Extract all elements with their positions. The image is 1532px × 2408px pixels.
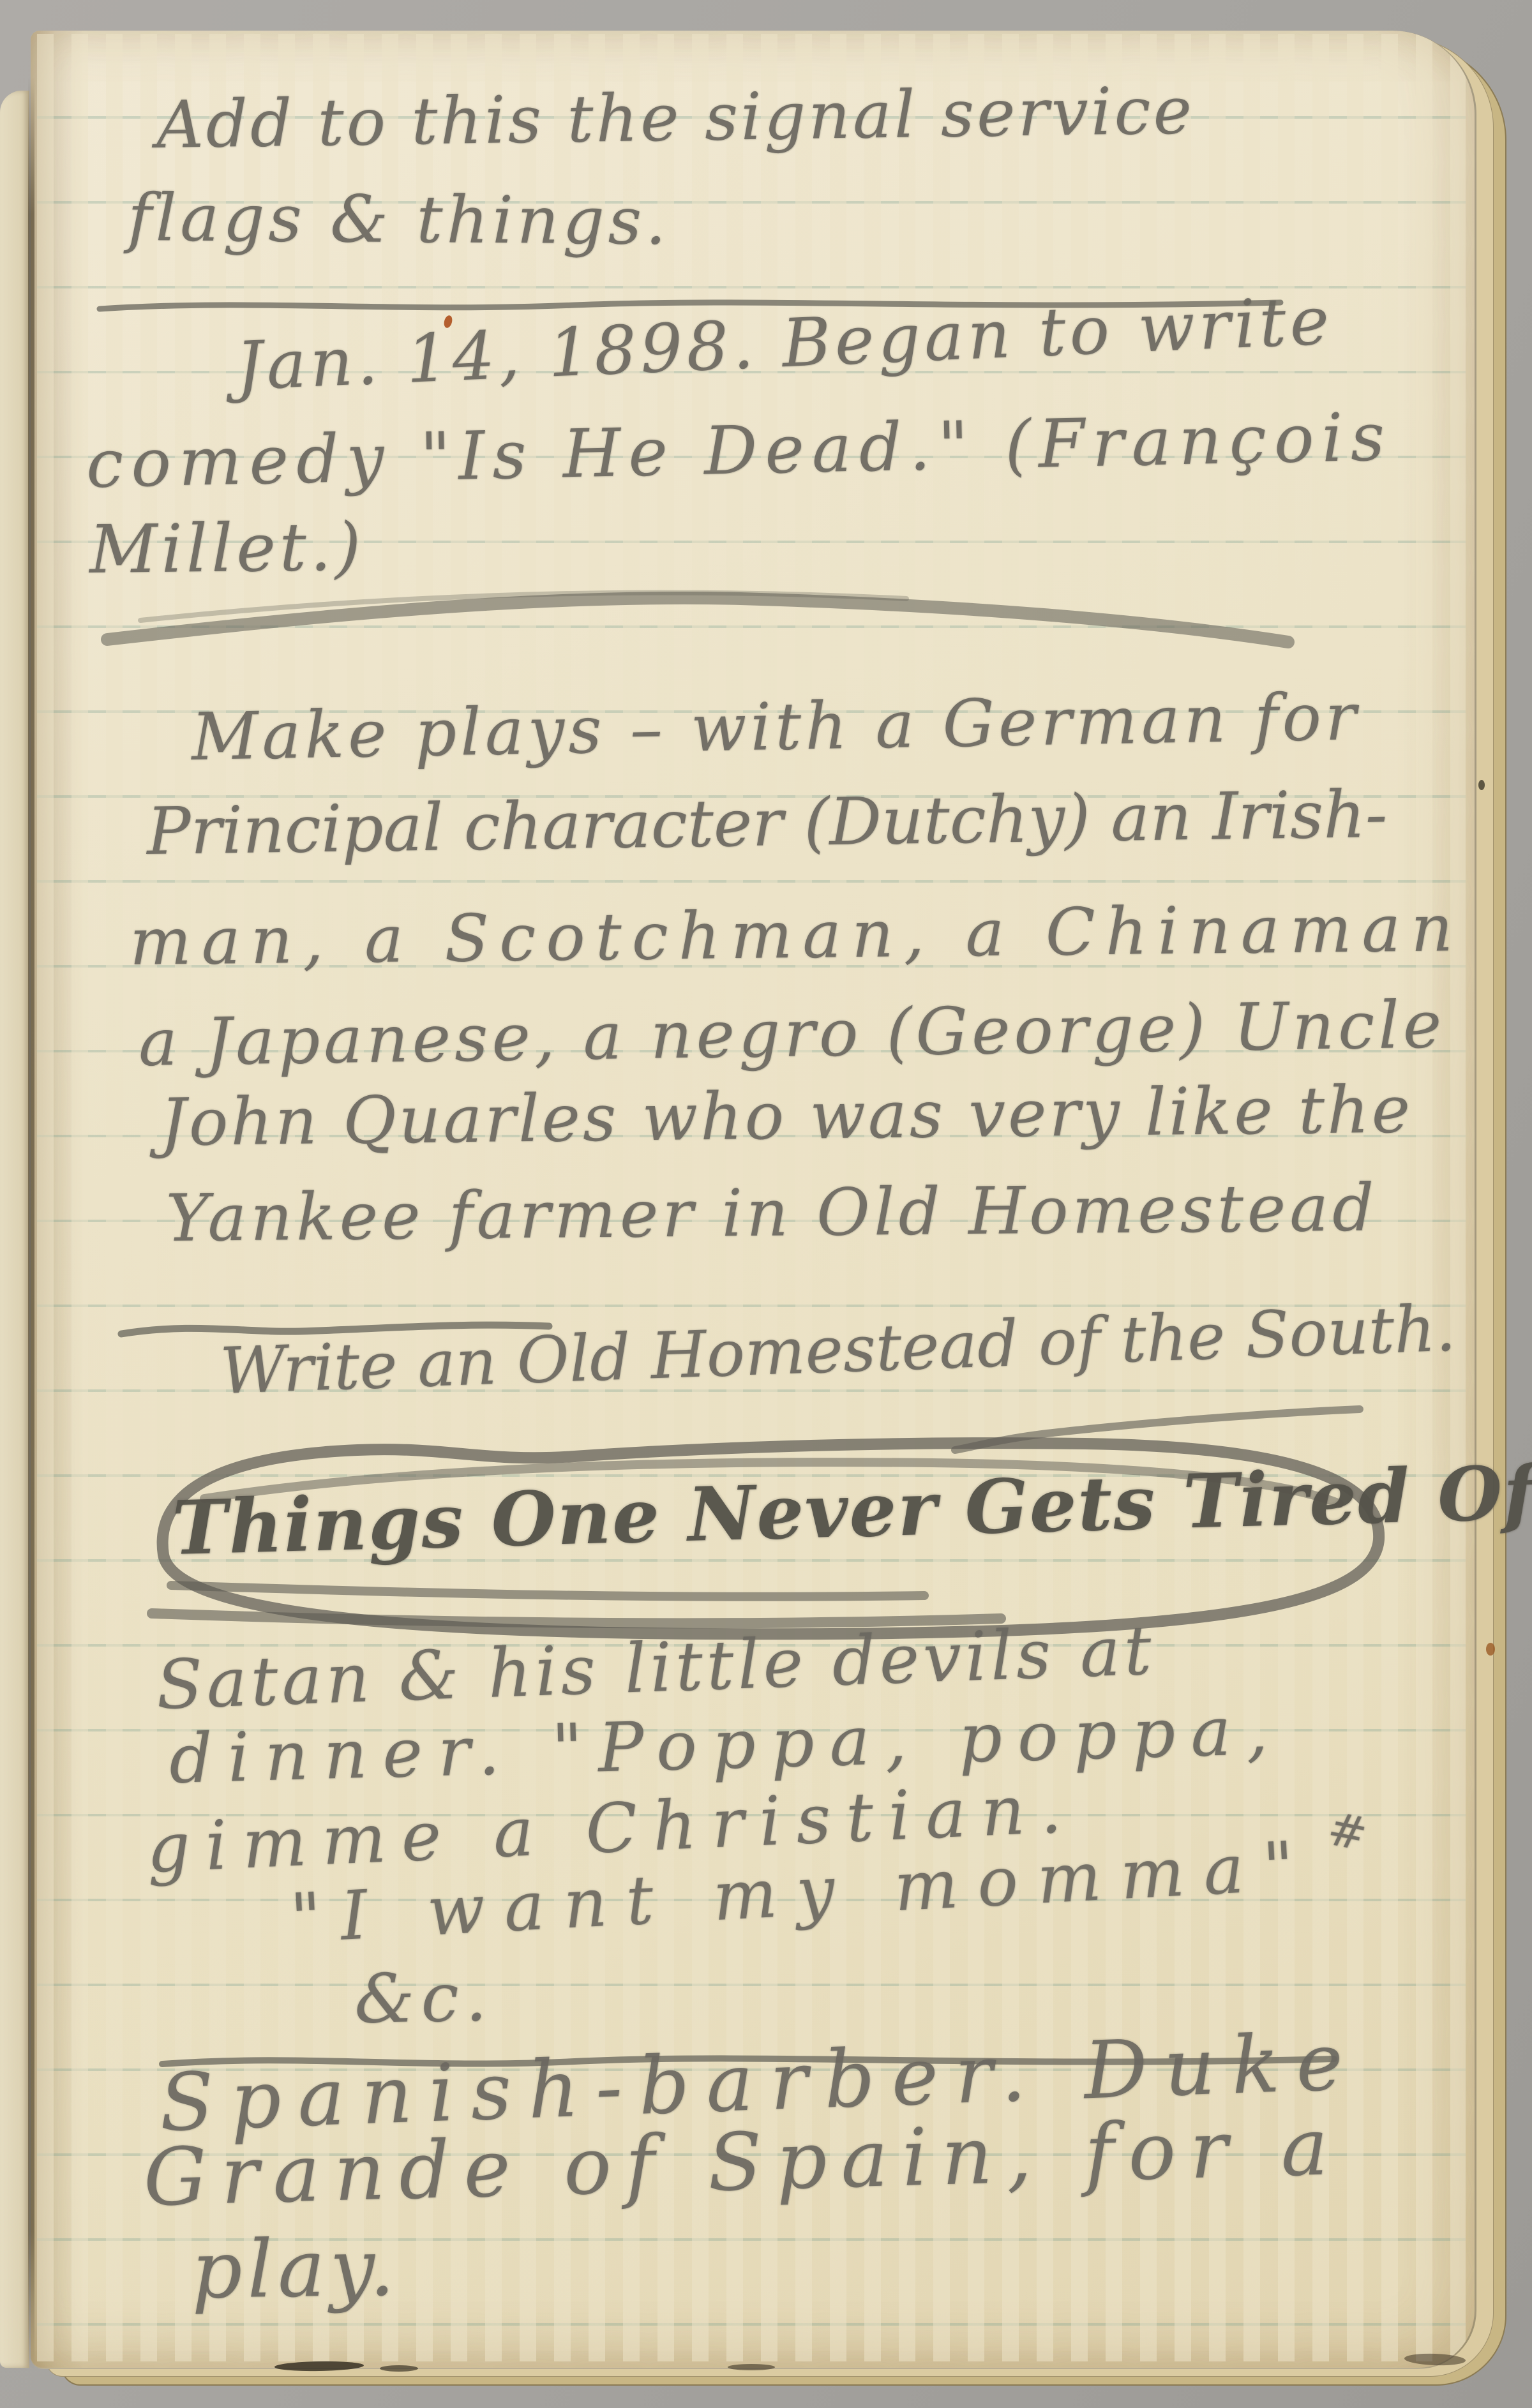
worn-bottom-smudge-2: [380, 2365, 418, 2372]
scan-background: Add to this the signal service flags & t…: [0, 0, 1532, 2408]
adjacent-page-sliver: [0, 91, 29, 2368]
edge-speck-dark: [1478, 780, 1485, 790]
notebook-page: [31, 31, 1476, 2369]
binding-gutter-line: [28, 77, 34, 2369]
edge-speck-rust: [1486, 1643, 1495, 1656]
ruled-lines: [37, 34, 1466, 2361]
worn-bottom-smudge-3: [728, 2364, 775, 2370]
